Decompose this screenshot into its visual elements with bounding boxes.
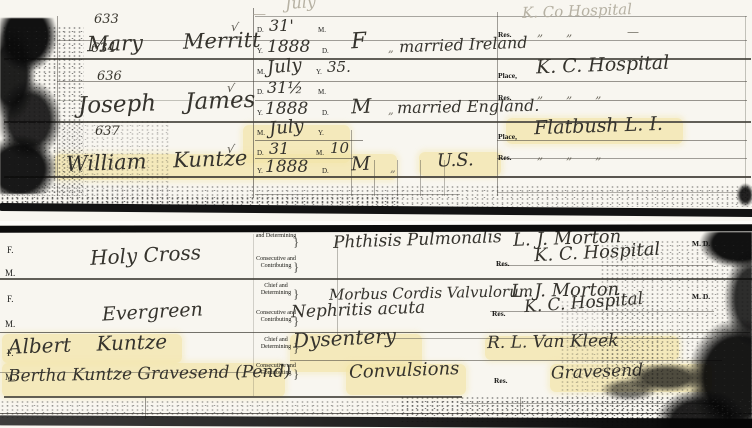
death-month-faint: July (284, 0, 316, 12)
place-of-death-faint: K. Co Hospital (522, 2, 632, 21)
dash: — (627, 26, 639, 38)
ditto-marks: „ „ (537, 26, 572, 38)
death-year: 1888 (265, 159, 308, 176)
ditto-mark: „ (390, 163, 396, 174)
ditto-mark: „ (388, 43, 394, 54)
month-label: M. (257, 68, 265, 76)
burial-place: Holy Cross (90, 242, 202, 268)
age-days-label: D. (322, 47, 329, 55)
faint-dash: — (253, 8, 266, 21)
place-label: Place, (498, 132, 517, 141)
residence-label: Res. (492, 309, 506, 318)
death-month: July (266, 57, 302, 78)
father-name: Albert Kuntze (8, 331, 168, 357)
age-days-label: D. (322, 167, 329, 175)
cause-of-death: Nephritis acuta (291, 300, 426, 322)
year-label: Y. (257, 47, 263, 55)
residence-label: Res. (498, 153, 512, 162)
year-label: Y. (257, 109, 263, 117)
death-year: 1888 (267, 39, 310, 56)
rule (4, 396, 462, 398)
rule (255, 16, 747, 17)
sex-letter: F. (7, 245, 14, 255)
age-years-label: Y. (318, 129, 324, 137)
rule (497, 158, 747, 159)
cause-of-death: Dysentery (293, 325, 397, 350)
place-label: Place, (498, 71, 517, 80)
marital-birthplace: married England. (397, 98, 540, 116)
death-day: 31 (269, 141, 289, 157)
death-month: July (268, 118, 304, 139)
age-years-label: Y. (316, 68, 322, 76)
record-number: 633 (94, 12, 119, 27)
age-months-label: M. (318, 26, 326, 34)
scanned-register-page: 633 July — K. Co Hospital √ D. 31' M. Re… (0, 0, 752, 428)
birthplace: U.S. (437, 151, 474, 170)
marital-birthplace: married Ireland (399, 35, 528, 55)
mother-name: Bertha Kuntze Gravesend (Pend) (8, 364, 291, 386)
ditto-marks: „ „ „ (537, 88, 601, 100)
cause-of-death: Convulsions (349, 360, 460, 382)
age-months-label: M. (316, 149, 324, 157)
age-days-label: D. (322, 109, 329, 117)
sex-letter: M (351, 155, 371, 175)
cause-class-label: and Determining (255, 233, 297, 240)
rule (57, 81, 747, 82)
deceased-name: Mary Merritt (87, 30, 261, 56)
brace-mark: } (293, 259, 299, 275)
age-months: 10 (330, 141, 349, 156)
vertical-rule (745, 16, 746, 194)
ditto-marks: „ „ „ (537, 149, 601, 161)
age-years: 35. (327, 60, 351, 75)
record-number: 636 (97, 69, 122, 84)
brace-mark: } (293, 286, 299, 302)
death-day: 31½ (267, 80, 303, 96)
place-of-death: K. C. Hospital (536, 54, 670, 78)
cause-class-label: Consecutive and Contributing (255, 363, 297, 376)
day-label: D. (257, 88, 264, 96)
rule (497, 140, 747, 141)
burial-place: Evergreen (102, 300, 204, 324)
cause-class-label: Chief and Determining (255, 283, 297, 296)
residence-label: Res. (494, 376, 508, 385)
death-day: 31' (269, 18, 294, 34)
month-label: M. (257, 129, 265, 137)
year-label: Y. (257, 167, 263, 175)
cause-class-label: Chief and Determining (255, 337, 297, 350)
day-label: D. (257, 149, 264, 157)
deceased-name: Joseph James (78, 89, 256, 118)
sex-letter: M (351, 96, 372, 117)
age-months-label: M. (318, 88, 326, 96)
sex-letter: F (350, 31, 366, 54)
sex-letter: M. (5, 319, 15, 329)
cause-class-label: Consecutive and Contributing (255, 256, 297, 269)
brace-mark: } (293, 234, 299, 250)
residence-label: Res. (496, 259, 510, 268)
ditto-mark: „ (388, 105, 394, 116)
brace-mark: } (293, 366, 299, 382)
sex-letter: M. (5, 268, 15, 278)
sex-letter: F. (7, 294, 14, 304)
place-of-death: Flatbush L. I. (534, 115, 663, 138)
